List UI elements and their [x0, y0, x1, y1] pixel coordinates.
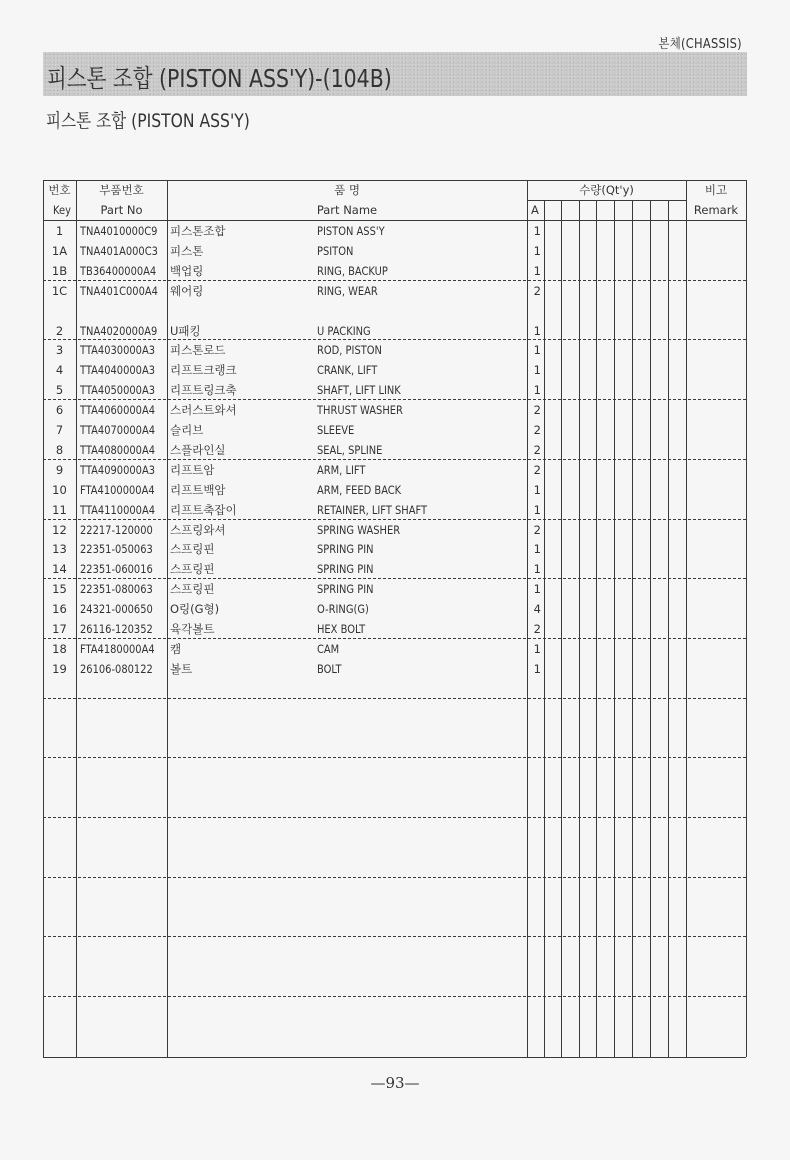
row-name-en: U PACKING — [317, 321, 371, 341]
column-divider — [686, 180, 687, 1057]
group-divider — [43, 936, 746, 937]
header-partname-ko: 품 명 — [167, 180, 527, 200]
row-name-ko: U패킹 — [170, 321, 201, 341]
row-key: 19 — [43, 659, 76, 679]
row-qty-a: 1 — [527, 321, 541, 341]
qty-column-divider — [650, 200, 651, 1057]
row-qty-a: 2 — [527, 619, 541, 639]
row-name-ko: 리프트링크축 — [170, 380, 237, 400]
row-name-en: ROD, PISTON — [317, 340, 382, 360]
row-part-no: TNA4010000C9 — [80, 221, 157, 241]
group-divider — [43, 280, 746, 281]
row-name-en: SLEEVE — [317, 420, 354, 440]
row-name-ko: 스플라인실 — [170, 440, 226, 460]
row-part-no: 26106-080122 — [80, 659, 153, 679]
header-key-en: Key — [46, 200, 79, 220]
row-qty-a — [527, 301, 541, 321]
row-key: 11 — [43, 500, 76, 520]
table-border-top — [43, 180, 746, 181]
row-part-no: TTA4090000A3 — [80, 460, 155, 480]
row-name-en: ARM, FEED BACK — [317, 480, 401, 500]
header-qty: 수량(Qt'y) — [527, 180, 686, 200]
header-key-ko: 번호 — [43, 180, 76, 200]
row-part-no: TTA4040000A3 — [80, 360, 155, 380]
row-name-ko: 리프트백암 — [170, 480, 226, 500]
group-divider — [43, 339, 746, 340]
row-key: 4 — [43, 360, 76, 380]
row-name-en: SPRING PIN — [317, 539, 374, 559]
row-name-ko: 슬리브 — [170, 420, 203, 440]
row-name-en: BOLT — [317, 659, 342, 679]
header-qty-col-a: A — [531, 200, 539, 220]
row-name-ko: 리프트암 — [170, 460, 214, 480]
row-qty-a: 2 — [527, 440, 541, 460]
row-qty-a: 1 — [527, 500, 541, 520]
row-qty-a: 1 — [527, 261, 541, 281]
row-key: 9 — [43, 460, 76, 480]
row-qty-a: 1 — [527, 659, 541, 679]
row-part-no: 22351-050063 — [80, 539, 153, 559]
page-title: 피스톤 조합 (PISTON ASS'Y)-(104B) — [47, 59, 392, 95]
row-name-en: PSITON — [317, 241, 353, 261]
row-name-en: HEX BOLT — [317, 619, 365, 639]
row-part-no: 22351-060016 — [80, 559, 153, 579]
table-border-right — [746, 180, 747, 1057]
row-name-ko: 육각볼트 — [170, 619, 214, 639]
row-key: 15 — [43, 579, 76, 599]
row-qty-a: 1 — [527, 241, 541, 261]
section-label: 본체(CHASSIS) — [658, 33, 742, 52]
column-divider — [167, 180, 168, 1057]
row-name-ko: 스러스트와셔 — [170, 400, 237, 420]
group-divider — [43, 519, 746, 520]
row-key: 7 — [43, 420, 76, 440]
header-partname-en: Part Name — [167, 200, 527, 220]
row-part-no: TNA4020000A9 — [80, 321, 157, 341]
group-divider — [43, 698, 746, 699]
row-key: 12 — [43, 520, 76, 540]
row-part-no: 22351-080063 — [80, 579, 153, 599]
row-key: 1C — [43, 281, 76, 301]
column-divider — [527, 180, 528, 1057]
page-number: —93— — [0, 1074, 790, 1092]
row-qty-a: 1 — [527, 360, 541, 380]
qty-column-divider — [614, 200, 615, 1057]
row-key — [43, 301, 76, 321]
header-bottom-border — [43, 220, 746, 221]
row-name-en: RING, BACKUP — [317, 261, 388, 281]
row-name-en: ARM, LIFT — [317, 460, 365, 480]
row-qty-a: 2 — [527, 400, 541, 420]
row-part-no: TB36400000A4 — [80, 261, 156, 281]
row-part-no: TTA4080000A4 — [80, 440, 155, 460]
header-remark-en: Remark — [686, 200, 746, 220]
row-name-ko: 스프링핀 — [170, 539, 214, 559]
header-partno-ko: 부품번호 — [76, 180, 167, 200]
qty-column-divider — [632, 200, 633, 1057]
group-divider — [43, 578, 746, 579]
group-divider — [43, 877, 746, 878]
qty-column-divider — [561, 200, 562, 1057]
table-border-bottom — [43, 1057, 746, 1058]
row-part-no: TTA4050000A3 — [80, 380, 155, 400]
qty-column-divider — [596, 200, 597, 1057]
row-qty-a: 1 — [527, 559, 541, 579]
row-name-ko: 캠 — [170, 639, 181, 659]
row-key: 8 — [43, 440, 76, 460]
row-key: 5 — [43, 380, 76, 400]
row-name-en: THRUST WASHER — [317, 400, 403, 420]
row-part-no: TTA4110000A4 — [80, 500, 155, 520]
row-name-en: RING, WEAR — [317, 281, 378, 301]
row-qty-a: 1 — [527, 480, 541, 500]
row-key: 16 — [43, 599, 76, 619]
row-part-no: 22217-120000 — [80, 520, 153, 540]
row-name-en: SPRING PIN — [317, 579, 374, 599]
row-part-no: 24321-000650 — [80, 599, 153, 619]
row-key: 18 — [43, 639, 76, 659]
row-name-en: SHAFT, LIFT LINK — [317, 380, 401, 400]
row-qty-a: 1 — [527, 639, 541, 659]
qty-header-divider — [527, 200, 686, 201]
row-name-ko: O링(G형) — [170, 599, 219, 619]
row-name-en: PISTON ASS'Y — [317, 221, 385, 241]
row-part-no: TNA401C000A4 — [80, 281, 158, 301]
row-qty-a: 1 — [527, 539, 541, 559]
group-divider — [43, 817, 746, 818]
qty-column-divider — [668, 200, 669, 1057]
row-part-no: FTA4180000A4 — [80, 639, 155, 659]
group-divider — [43, 638, 746, 639]
row-qty-a: 1 — [527, 340, 541, 360]
row-qty-a: 2 — [527, 420, 541, 440]
row-key: 13 — [43, 539, 76, 559]
row-name-en: SPRING PIN — [317, 559, 374, 579]
header-partno-en: Part No — [76, 200, 167, 220]
row-key: 1 — [43, 221, 76, 241]
row-key: 1B — [43, 261, 76, 281]
row-qty-a: 2 — [527, 281, 541, 301]
qty-column-divider — [579, 200, 580, 1057]
row-name-ko: 피스톤로드 — [170, 340, 226, 360]
group-divider — [43, 459, 746, 460]
row-name-ko: 리프트축잡이 — [170, 500, 237, 520]
group-divider — [43, 996, 746, 997]
row-name-ko: 백업링 — [170, 261, 203, 281]
row-name-en: CAM — [317, 639, 339, 659]
row-part-no: TTA4060000A4 — [80, 400, 155, 420]
parts-table: 번호 Key 부품번호 Part No 품 명 Part Name 수량(Qt'… — [43, 180, 746, 1057]
row-name-ko: 리프트크랭크 — [170, 360, 237, 380]
row-qty-a: 1 — [527, 221, 541, 241]
row-qty-a: 2 — [527, 460, 541, 480]
row-key: 17 — [43, 619, 76, 639]
row-name-en: CRANK, LIFT — [317, 360, 377, 380]
row-part-no: TTA4070000A4 — [80, 420, 155, 440]
title-bar: 피스톤 조합 (PISTON ASS'Y)-(104B) — [43, 52, 747, 96]
row-name-ko: 스프링와셔 — [170, 520, 226, 540]
row-name-ko: 피스톤조합 — [170, 221, 226, 241]
row-name-ko: 볼트 — [170, 659, 192, 679]
row-name-en: O-RING(G) — [317, 599, 369, 619]
row-part-no: FTA4100000A4 — [80, 480, 155, 500]
table-border-left — [43, 180, 44, 1057]
row-key: 10 — [43, 480, 76, 500]
row-qty-a: 4 — [527, 599, 541, 619]
row-key: 3 — [43, 340, 76, 360]
group-divider — [43, 757, 746, 758]
row-name-en: RETAINER, LIFT SHAFT — [317, 500, 427, 520]
row-name-en: SPRING WASHER — [317, 520, 400, 540]
column-divider — [76, 180, 77, 1057]
row-key: 14 — [43, 559, 76, 579]
row-qty-a: 1 — [527, 579, 541, 599]
section-subtitle: 피스톤 조합 (PISTON ASS'Y) — [46, 106, 250, 133]
row-name-en: SEAL, SPLINE — [317, 440, 382, 460]
row-qty-a: 2 — [527, 520, 541, 540]
row-part-no: 26116-120352 — [80, 619, 153, 639]
row-name-ko: 스프링핀 — [170, 579, 214, 599]
group-divider — [43, 399, 746, 400]
header-remark-ko: 비고 — [686, 180, 746, 200]
row-part-no: TTA4030000A3 — [80, 340, 155, 360]
row-key: 1A — [43, 241, 76, 261]
row-name-ko: 스프링핀 — [170, 559, 214, 579]
row-qty-a: 1 — [527, 380, 541, 400]
row-key: 2 — [43, 321, 76, 341]
row-name-ko: 피스톤 — [170, 241, 203, 261]
row-name-ko: 웨어링 — [170, 281, 203, 301]
row-part-no: TNA401A000C3 — [80, 241, 158, 261]
qty-column-divider — [544, 200, 545, 1057]
row-key: 6 — [43, 400, 76, 420]
